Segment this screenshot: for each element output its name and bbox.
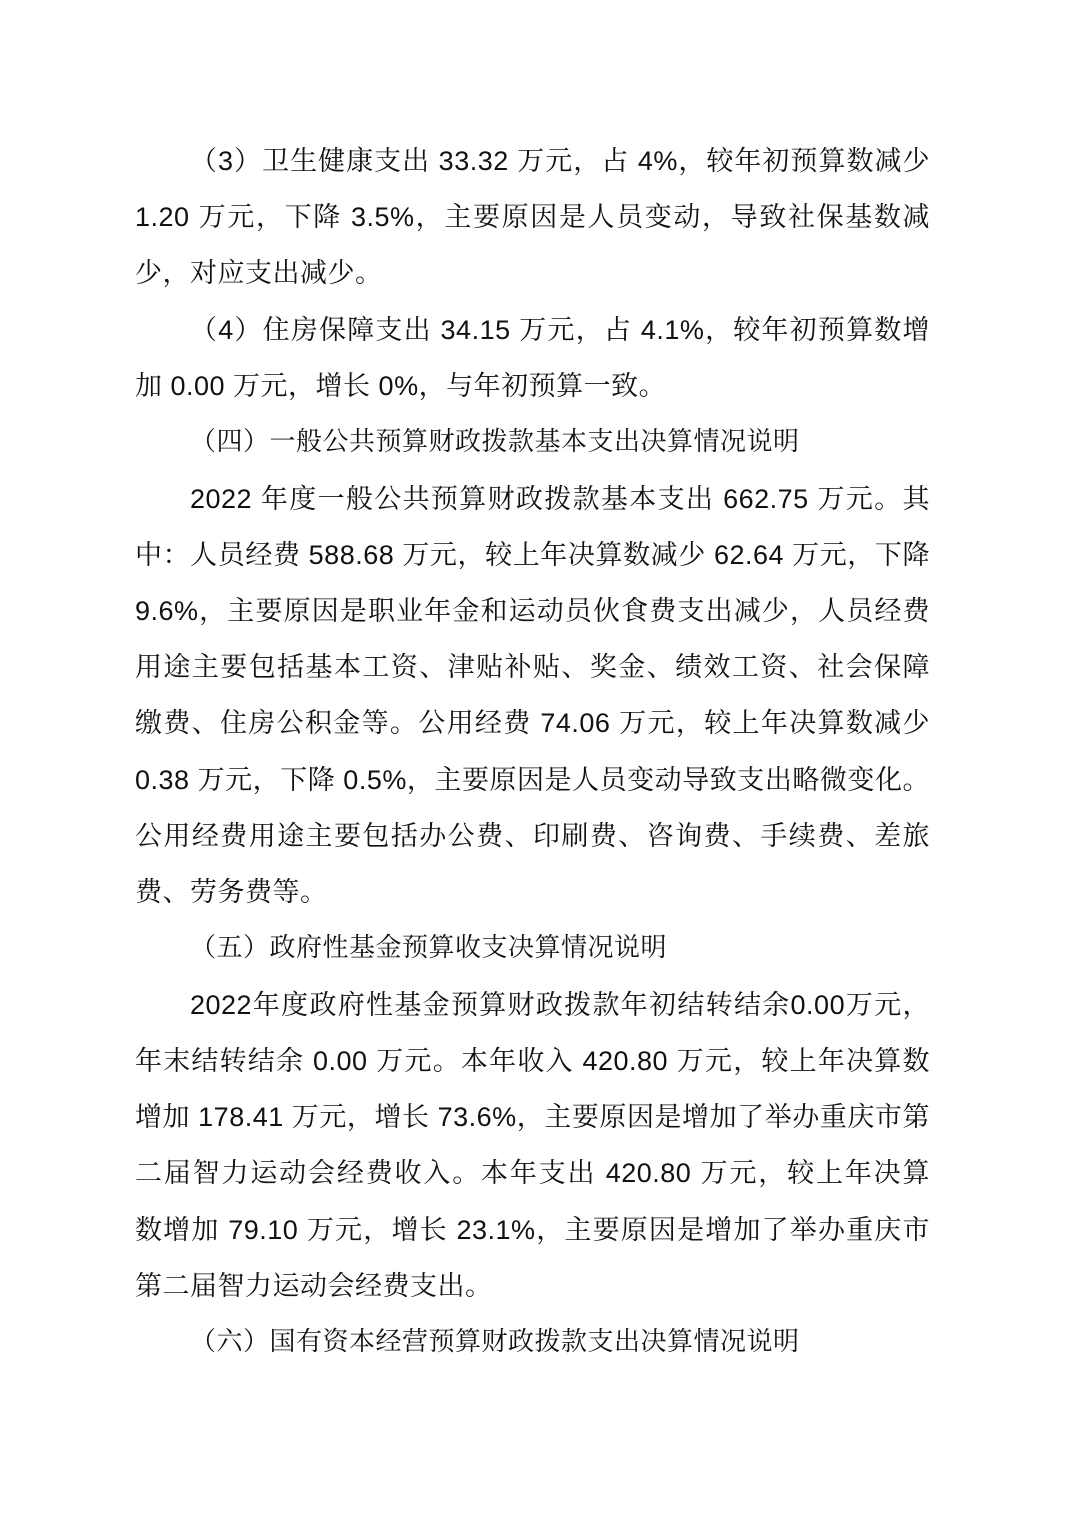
paragraph-line: 1.20 万元，下降 3.5%，主要原因是人员变动，导致社保基数减	[135, 197, 930, 237]
paragraph-line: 2022年度政府性基金预算财政拨款年初结转结余0.00万元，	[190, 985, 930, 1025]
paragraph-line: 中：人员经费 588.68 万元，较上年决算数减少 62.64 万元，下降	[135, 535, 930, 575]
paragraph-line: 9.6%，主要原因是职业年金和运动员伙食费支出减少，人员经费	[135, 591, 930, 631]
paragraph-line: （4）住房保障支出 34.15 万元，占 4.1%，较年初预算数增	[190, 310, 930, 350]
paragraph-line: 公用经费用途主要包括办公费、印刷费、咨询费、手续费、差旅	[135, 816, 930, 856]
paragraph-line: 0.38 万元，下降 0.5%，主要原因是人员变动导致支出略微变化。	[135, 760, 930, 800]
paragraph-line: 缴费、住房公积金等。公用经费 74.06 万元，较上年决算数减少	[135, 703, 930, 743]
section-heading: （六）国有资本经营预算财政拨款支出决算情况说明	[190, 1322, 930, 1362]
paragraph-line: 用途主要包括基本工资、津贴补贴、奖金、绩效工资、社会保障	[135, 647, 930, 687]
document-page: （3）卫生健康支出 33.32 万元，占 4%，较年初预算数减少 1.20 万元…	[0, 0, 1074, 1520]
paragraph-line: 年末结转结余 0.00 万元。本年收入 420.80 万元，较上年决算数	[135, 1041, 930, 1081]
paragraph-line: 少，对应支出减少。	[135, 253, 930, 293]
section-heading: （五）政府性基金预算收支决算情况说明	[190, 928, 930, 968]
paragraph-line: 增加 178.41 万元，增长 73.6%，主要原因是增加了举办重庆市第	[135, 1097, 930, 1137]
paragraph-line: （3）卫生健康支出 33.32 万元，占 4%，较年初预算数减少	[190, 141, 930, 181]
paragraph-line: 二届智力运动会经费收入。本年支出 420.80 万元，较上年决算	[135, 1153, 930, 1193]
paragraph-line: 加 0.00 万元，增长 0%，与年初预算一致。	[135, 366, 930, 406]
paragraph-line: 2022 年度一般公共预算财政拨款基本支出 662.75 万元。其	[190, 479, 930, 519]
paragraph-line: 费、劳务费等。	[135, 872, 930, 912]
paragraph-line: 第二届智力运动会经费支出。	[135, 1266, 930, 1306]
section-heading: （四）一般公共预算财政拨款基本支出决算情况说明	[190, 422, 930, 462]
paragraph-line: 数增加 79.10 万元，增长 23.1%，主要原因是增加了举办重庆市	[135, 1210, 930, 1250]
